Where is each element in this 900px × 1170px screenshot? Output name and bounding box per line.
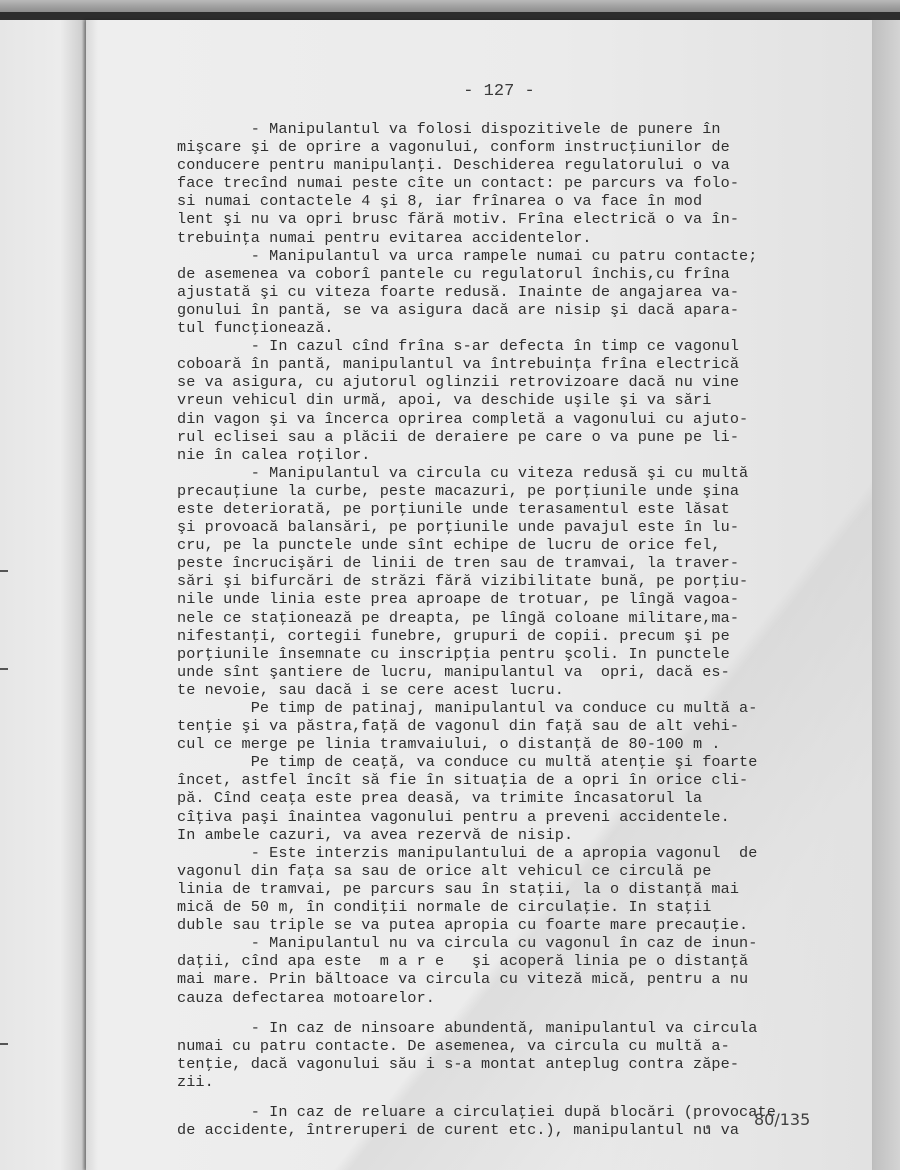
text-line: din vagon şi va încerca oprirea completă… — [177, 410, 867, 428]
text-line: - In cazul cînd frîna s-ar defecta în ti… — [177, 337, 867, 355]
text-line: linia de tramvai, pe parcurs sau în staţ… — [177, 880, 867, 898]
text-line: nie în calea roţilor. — [177, 446, 867, 464]
text-line: numai cu patru contacte. De asemenea, va… — [177, 1037, 867, 1055]
text-line: mai mare. Prin băltoace va circula cu vi… — [177, 970, 867, 988]
text-line: şi provoacă balansări, pe porţiunile und… — [177, 518, 867, 536]
text-line: coboară în pantă, manipulantul va întreb… — [177, 355, 867, 373]
text-line: gonului în pantă, se va asigura dacă are… — [177, 301, 867, 319]
text-line: mişcare şi de oprire a vagonului, confor… — [177, 138, 867, 156]
text-line: de asemenea va coborî pantele cu regulat… — [177, 265, 867, 283]
text-line: peste încrucişări de linii de tren sau d… — [177, 554, 867, 572]
text-line: încet, astfel încît să fie în situaţia d… — [177, 771, 867, 789]
text-line: porţiunile însemnate cu inscripţia pentr… — [177, 645, 867, 663]
text-line: trebuinţa numai pentru evitarea accident… — [177, 229, 867, 247]
text-line: lent şi nu va opri brusc fără motiv. Frî… — [177, 210, 867, 228]
text-line: face trecînd numai peste cîte un contact… — [177, 174, 867, 192]
text-line: tenţie şi va păstra,faţă de vagonul din … — [177, 717, 867, 735]
text-line: daţii, cînd apa este m a r e şi acoperă … — [177, 952, 867, 970]
text-line: vreun vehicul din urmă, apoi, va deschid… — [177, 391, 867, 409]
scanner-top-band — [0, 0, 900, 12]
text-line: este deteriorată, pe porţiunile unde ter… — [177, 500, 867, 518]
text-line: tul funcţionează. — [177, 319, 867, 337]
text-line: nele ce staţionează pe dreapta, pe lîngă… — [177, 609, 867, 627]
text-line: mică de 50 m, în condiţii normale de cir… — [177, 898, 867, 916]
text-line: te nevoie, sau dacă i se cere acest lucr… — [177, 681, 867, 699]
ink-dot — [706, 1125, 710, 1129]
text-line: duble sau triple se va putea apropia cu … — [177, 916, 867, 934]
document-page: - 127 - - Manipulantul va folosi dispozi… — [86, 20, 872, 1170]
text-line: nile unde linia este prea aproape de tro… — [177, 590, 867, 608]
text-line: In ambele cazuri, va avea rezervă de nis… — [177, 826, 867, 844]
text-line: - Manipulantul va urca rampele numai cu … — [177, 247, 867, 265]
text-line: Pe timp de patinaj, manipulantul va cond… — [177, 699, 867, 717]
page-top-edge — [0, 12, 900, 20]
previous-page-edge — [0, 18, 86, 1170]
text-line: vagonul din faţa sa sau de orice alt veh… — [177, 862, 867, 880]
text-line: cauza defectarea motoarelor. — [177, 989, 867, 1007]
margin-mark — [0, 1043, 8, 1045]
text-line: pă. Cînd ceaţa este prea deasă, va trimi… — [177, 789, 867, 807]
text-line: Pe timp de ceaţă, va conduce cu multă at… — [177, 753, 867, 771]
text-line: zii. — [177, 1073, 867, 1091]
text-line: si numai contactele 4 şi 8, iar frînarea… — [177, 192, 867, 210]
next-page-edge — [870, 18, 900, 1170]
text-line: rul eclisei sau a plăcii de deraiere pe … — [177, 428, 867, 446]
text-line: - In caz de ninsoare abundentă, manipula… — [177, 1019, 867, 1037]
margin-mark — [0, 668, 8, 670]
text-line: ajustată şi cu viteza foarte redusă. Ina… — [177, 283, 867, 301]
text-line: tenţie, dacă vagonului său i s-a montat … — [177, 1055, 867, 1073]
text-line: unde sînt şantiere de lucru, manipulantu… — [177, 663, 867, 681]
text-line: conducere pentru manipulanţi. Deschidere… — [177, 156, 867, 174]
text-line: - Manipulantul nu va circula cu vagonul … — [177, 934, 867, 952]
text-line: sări şi bifurcări de străzi fără vizibil… — [177, 572, 867, 590]
text-line: - Este interzis manipulantului de a apro… — [177, 844, 867, 862]
text-line: nifestanţi, cortegii funebre, grupuri de… — [177, 627, 867, 645]
text-line: cru, pe la punctele unde sînt echipe de … — [177, 536, 867, 554]
margin-mark — [0, 570, 8, 572]
text-line: - Manipulantul va circula cu viteza redu… — [177, 464, 867, 482]
text-line: - Manipulantul va folosi dispozitivele d… — [177, 120, 867, 138]
folio-number: 80/135 — [754, 1110, 810, 1129]
text-line: cîţiva paşi înaintea vagonului pentru a … — [177, 808, 867, 826]
page-number: - 127 - — [86, 82, 872, 101]
body-text: - Manipulantul va folosi dispozitivele d… — [177, 120, 867, 1139]
text-line: cul ce merge pe linia tramvaiului, o dis… — [177, 735, 867, 753]
text-line: precauţiune la curbe, peste macazuri, pe… — [177, 482, 867, 500]
text-line: se va asigura, cu ajutorul oglinzii retr… — [177, 373, 867, 391]
